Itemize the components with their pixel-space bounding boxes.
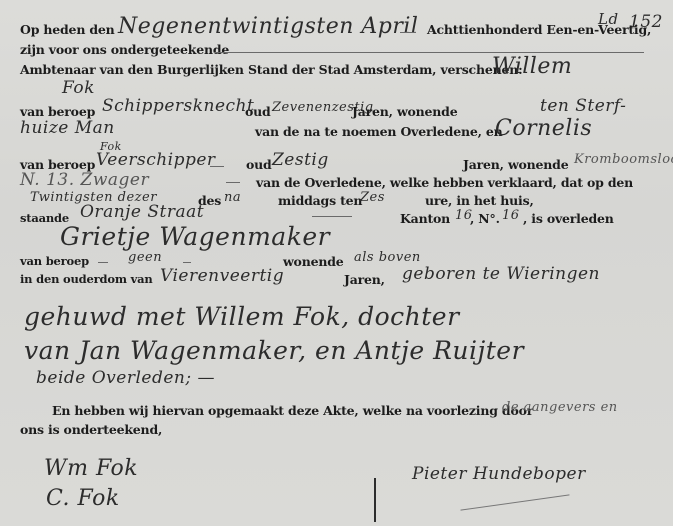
signature-willem-fok: Wm Fok	[44, 456, 138, 481]
declarant1-address-1: ten Sterf-	[540, 96, 626, 116]
fill-line	[214, 52, 644, 53]
declarant1-last-name: Fok	[62, 78, 95, 98]
street-name: Oranje Straat	[80, 202, 204, 222]
death-part-of-day: na	[224, 190, 241, 205]
deceased-age: Vierenveertig	[160, 266, 284, 286]
printed-zijn-voor-ons: zijn voor ons ondergeteekende	[20, 42, 229, 57]
handwritten-date: Negenentwintigsten April	[118, 14, 418, 39]
dash	[210, 166, 224, 167]
read-by: de aangevers en	[502, 400, 618, 415]
declarant2-address-1: Kromboomsloot	[574, 152, 673, 167]
deceased-occupation: geen	[128, 250, 162, 265]
dash	[312, 216, 352, 217]
printed-op-heden: Op heden den	[20, 22, 115, 37]
printed-en-hebben: En hebben wij hiervan opgemaakt deze Akt…	[52, 403, 533, 418]
printed-jaren-3: Jaren,	[344, 272, 385, 287]
printed-ambtenaar: Ambtenaar van den Burgerlijken Stand der…	[20, 62, 523, 77]
printed-van-de-na: van de na te noemen Overledene, en	[255, 124, 503, 139]
declarant1-first-name: Willem	[492, 54, 572, 79]
signature-flourish	[460, 494, 569, 510]
printed-jaren-wonende-2: Jaren, wonende	[463, 157, 568, 172]
printed-van-beroep-1: van beroep	[20, 104, 95, 119]
parents-line: van Jan Wagenmaker, en Antje Ruijter	[24, 336, 524, 365]
printed-jaren-wonende-1: Jaren, wonende	[352, 104, 457, 119]
signature-official: Pieter Hundeboper	[412, 464, 586, 484]
declarant2-age: Zestig	[272, 150, 329, 170]
printed-nummer: , N°.	[470, 211, 500, 226]
dash	[400, 32, 416, 33]
printed-oud-2: oud	[246, 157, 272, 172]
declarant1-occupation: Schippersknecht	[102, 96, 254, 116]
birthplace: geboren te Wieringen	[402, 264, 600, 284]
both-deceased-line: beide Overleden; —	[36, 368, 215, 388]
printed-kanton: Kanton	[400, 211, 450, 226]
dash	[183, 262, 191, 263]
printed-ure-huis: ure, in het huis,	[425, 193, 534, 208]
declarant1-address-2: huize Man	[20, 118, 115, 138]
printed-ouderdom: in den ouderdom van	[20, 272, 152, 286]
printed-oud-1: oud	[245, 104, 271, 119]
deceased-residence: als boven	[354, 250, 421, 265]
dash	[226, 182, 240, 183]
declarant2-first-name: Cornelis	[495, 116, 592, 141]
printed-wonende-3: wonende	[283, 254, 344, 269]
marriage-line: gehuwd met Willem Fok, dochter	[24, 302, 460, 331]
deceased-name: Grietje Wagenmaker	[60, 222, 330, 251]
signature-divider	[374, 478, 376, 522]
printed-van-de-overledene: van de Overledene, welke hebben verklaar…	[256, 175, 633, 190]
dash	[98, 262, 108, 263]
printed-van-beroep-3: van beroep	[20, 254, 89, 268]
death-hour: Zes	[360, 190, 385, 205]
declarant2-address-2: N. 13. Zwager	[20, 170, 149, 190]
printed-ons-is: ons is onderteekend,	[20, 422, 162, 437]
printed-is-overleden: , is overleden	[523, 211, 614, 226]
house-number: 16	[502, 208, 520, 223]
printed-year: Achttienhonderd Een-en-Veertig,	[427, 22, 651, 37]
printed-middags-ten: middags ten	[278, 193, 362, 208]
signature-cornelis-fok: C. Fok	[46, 486, 120, 511]
declarant2-occupation: Veerschipper	[96, 150, 216, 170]
death-certificate-scan: Ld 152 Op heden den Negenentwintigsten A…	[0, 0, 673, 526]
